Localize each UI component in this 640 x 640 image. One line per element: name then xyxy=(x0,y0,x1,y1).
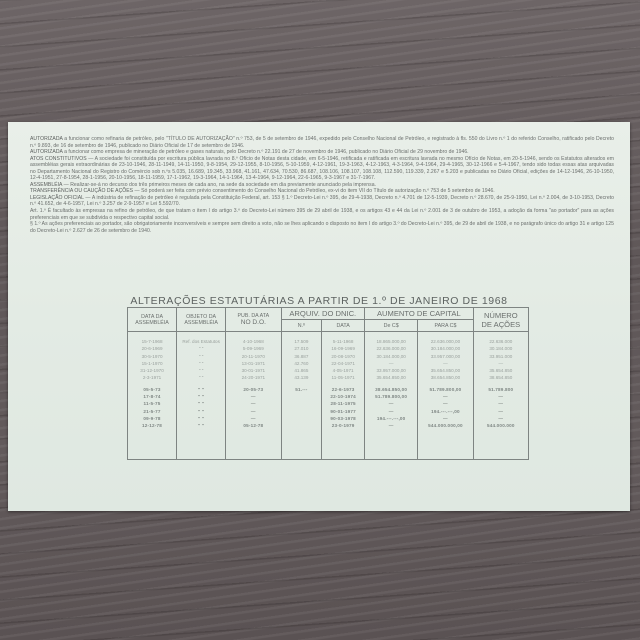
table-cell: 09-9-78 xyxy=(128,415,176,422)
legal-paragraph-text: — A indústria de refinação de petróleo é… xyxy=(30,195,614,208)
cells-pub: 4-10-19685-09-196920-11-197013-01-197130… xyxy=(226,332,281,460)
table-cell xyxy=(282,400,322,407)
table-cell: 36.887 xyxy=(282,353,322,360)
table-cell: — xyxy=(474,360,528,367)
table-cell: 30.184.000 xyxy=(474,345,528,352)
table-cell: 51.789.800,00 xyxy=(365,393,417,400)
table-cell: " " xyxy=(177,393,225,400)
col-aumento-de: De C$ xyxy=(365,320,418,332)
table-cell xyxy=(282,415,322,422)
table-cell: 22.636.000,00 xyxy=(365,345,417,352)
legal-paragraph-text: § 1.º As ações preferenciais ao portador… xyxy=(30,221,614,234)
table-cell: 20-11-1970 xyxy=(226,353,280,360)
stamped-entries: 51.789.800————544.000.000 xyxy=(474,382,528,430)
col-arquiv-data: DATA xyxy=(322,320,365,332)
table-cell: 28-11-1975 xyxy=(322,400,364,407)
table-cell: — xyxy=(474,393,528,400)
legal-paragraph-text: — A sociedade foi constituída por escrit… xyxy=(30,156,614,182)
table-cell: 33.957.000,00 xyxy=(365,367,417,374)
table-cell: 4-10-1968 xyxy=(226,338,280,345)
table-cell: 27.010 xyxy=(282,345,322,352)
table-cell: 22.636.000 xyxy=(474,338,528,345)
table-cell: 20-6-1969 xyxy=(128,345,176,352)
table-cell: — xyxy=(474,408,528,415)
legal-paragraph-text: — Só poderá ser feita com prévio consent… xyxy=(135,188,495,194)
legal-paragraph-text: a funcionar como refinaria de petróleo, … xyxy=(30,136,614,149)
table-cell: 5-09-1969 xyxy=(226,345,280,352)
table-cell: 18.865.000,00 xyxy=(365,338,417,345)
table-cell: 194.---.---,00 xyxy=(365,415,417,422)
table-cell: " " xyxy=(177,367,225,374)
table-cell: 90-03-1978 xyxy=(322,415,364,422)
col-group-aumento: AUMENTO DE CAPITAL xyxy=(365,308,474,320)
legal-paragraph-keyword: AUTORIZADA xyxy=(30,149,64,155)
table-cell: — xyxy=(365,422,417,429)
legal-paragraph-keyword: ATOS CONSTITUTIVOS xyxy=(30,156,88,162)
col-data-assembleia: DATA DA ASSEMBLÉIA xyxy=(128,308,177,332)
table-cell: 38.654.850 xyxy=(474,374,528,381)
cells-objeto: Ref. dos Estatutos" "" "" "" "" "" "" ""… xyxy=(177,332,226,460)
legal-paragraph-text: Art. 1.º É facultado às empresas na refi… xyxy=(30,208,614,221)
cells-data: 15-7-196820-6-196930-5-197015-1-197031-1… xyxy=(128,332,177,460)
table-cell: 30.184.000,00 xyxy=(365,353,417,360)
legal-paragraph-keyword: ASSEMBLÉIA xyxy=(30,182,64,188)
cells-de: 18.865.000,0022.636.000,0030.184.000,00—… xyxy=(365,332,418,460)
col-numero-acoes: NÚMERO DE AÇÕES xyxy=(473,308,528,332)
table-cell: 33.951.000 xyxy=(474,353,528,360)
table-cell: " " xyxy=(177,360,225,367)
table-cell: — xyxy=(418,393,472,400)
table-cell: 544.000.000,00 xyxy=(418,422,472,429)
table-cell: 30-01-1971 xyxy=(226,367,280,374)
table-cell: 11-5-75 xyxy=(128,400,176,407)
table-cell xyxy=(282,393,322,400)
table-cell: 41.865 xyxy=(282,367,322,374)
col-objeto-assembleia: OBJETO DA ASSEMBLÉIA xyxy=(177,308,226,332)
cells-arq-data: 5-11-196816-09-196920-08-197022-04-19714… xyxy=(322,332,365,460)
table-cell: 33.957.000,00 xyxy=(418,353,472,360)
legal-paragraph-keyword: AUTORIZADA xyxy=(30,136,64,142)
table-cell: 30.184.000,00 xyxy=(418,345,472,352)
stamped-entries: 22-6-197322-10-197428-11-197590-01-19779… xyxy=(322,382,364,430)
table-cell: 43.139 xyxy=(282,374,322,381)
table-cell: " " xyxy=(177,422,225,429)
legal-paragraph: LEGISLAÇÃO OFICIAL — A indústria de refi… xyxy=(30,195,614,208)
statutory-changes-table: DATA DA ASSEMBLÉIA OBJETO DA ASSEMBLÉIA … xyxy=(127,307,529,460)
cells-para: 22.636.000,0030.184.000,0033.957.000,00—… xyxy=(418,332,473,460)
stamped-entries: 51.789.800,00——194.---.---,00—544.000.00… xyxy=(418,382,472,430)
table-cell: 51.789.800 xyxy=(474,386,528,393)
table-cell: — xyxy=(226,415,280,422)
table-cell: — xyxy=(474,415,528,422)
table-cell: " " xyxy=(177,345,225,352)
stamped-entries: 51.--- xyxy=(282,382,322,430)
table-cell: 22-04-1971 xyxy=(322,360,364,367)
stamped-entries: " "" "" "" "" "" " xyxy=(177,382,225,430)
table-cell xyxy=(282,408,322,415)
table-cell: " " xyxy=(177,415,225,422)
table-cell: 11-05-1971 xyxy=(322,374,364,381)
table-cell: — xyxy=(418,400,472,407)
table-cell: 20-08-1970 xyxy=(322,353,364,360)
table-cell: 23-0-1979 xyxy=(322,422,364,429)
table-cell: " " xyxy=(177,353,225,360)
legal-paragraph-text: — Realizar-se-á no decurso dos três prim… xyxy=(64,182,376,188)
table-cell: — xyxy=(365,360,417,367)
table-cell: 20-05-73 xyxy=(226,386,280,393)
table-cell: 15-1-1970 xyxy=(128,360,176,367)
table-cell: 30-5-1970 xyxy=(128,353,176,360)
legal-paragraph: § 1.º As ações preferenciais ao portador… xyxy=(30,221,614,234)
table-cell: 90-01-1977 xyxy=(322,408,364,415)
table-cell: 21-5-77 xyxy=(128,408,176,415)
legal-text-block: AUTORIZADA a funcionar como refinaria de… xyxy=(30,136,614,234)
table-cell: — xyxy=(226,408,280,415)
legal-paragraph-text: a funcionar como empresa de mineração de… xyxy=(64,149,469,155)
col-arquiv-numero: N.º xyxy=(281,320,322,332)
table-cell: 38.654.850,00 xyxy=(418,374,472,381)
table-body-row: 15-7-196820-6-196930-5-197015-1-197031-1… xyxy=(128,332,529,460)
table-cell: 24-20-1971 xyxy=(226,374,280,381)
table-cell: 4-05-1971 xyxy=(322,367,364,374)
table-cell: 5-11-1968 xyxy=(322,338,364,345)
table-cell: 35.654.850,00 xyxy=(418,367,472,374)
table-cell: 13-01-1971 xyxy=(226,360,280,367)
legal-paragraph-keyword: LEGISLAÇÃO OFICIAL xyxy=(30,195,85,201)
cells-acoes: 22.636.00030.184.00033.951.000—35.654.85… xyxy=(473,332,528,460)
legal-paragraph: AUTORIZADA a funcionar como refinaria de… xyxy=(30,136,614,149)
table-cell: 31-12-1970 xyxy=(128,367,176,374)
table-cell: 544.000.000 xyxy=(474,422,528,429)
table-cell: 15-7-1968 xyxy=(128,338,176,345)
table-cell: 22-6-1973 xyxy=(322,386,364,393)
table-cell: 35.654.850,00 xyxy=(365,374,417,381)
table-cell: 194.---.---,00 xyxy=(418,408,472,415)
stamped-entries: 38.654.850,0051.789.800,00——194.---.---,… xyxy=(365,382,417,430)
table-cell: 51.--- xyxy=(282,386,322,393)
table-cell: 17-8-74 xyxy=(128,393,176,400)
table-cell: — xyxy=(365,400,417,407)
legal-paragraph-keyword: TRANSFERÊNCIA OU CAUÇÃO DE AÇÕES xyxy=(30,188,135,194)
table-cell: " " xyxy=(177,408,225,415)
table-cell: " " xyxy=(177,374,225,381)
table-cell: — xyxy=(365,408,417,415)
table-cell: — xyxy=(474,400,528,407)
table-cell: 42.760 xyxy=(282,360,322,367)
table-cell: 12-12-78 xyxy=(128,422,176,429)
certificate-back-page: AUTORIZADA a funcionar como refinaria de… xyxy=(8,122,630,511)
legal-paragraph: Art. 1.º É facultado às empresas na refi… xyxy=(30,208,614,221)
table-cell: — xyxy=(226,400,280,407)
table-cell: " " xyxy=(177,386,225,393)
table-cell: 51.789.800,00 xyxy=(418,386,472,393)
table-cell: " " xyxy=(177,400,225,407)
col-aumento-para: PARA C$ xyxy=(418,320,473,332)
table-cell xyxy=(282,422,322,429)
table-cell: 22.636.000,00 xyxy=(418,338,472,345)
table-cell: 17.509 xyxy=(282,338,322,345)
stamped-entries: 05-5-7317-8-7411-5-7521-5-7709-9-7812-12… xyxy=(128,382,176,430)
table-cell: 16-09-1969 xyxy=(322,345,364,352)
table-cell: 05-5-73 xyxy=(128,386,176,393)
legal-paragraph: ATOS CONSTITUTIVOS — A sociedade foi con… xyxy=(30,156,614,182)
table-cell: 2-3-1971 xyxy=(128,374,176,381)
table-title: ALTERAÇÕES ESTATUTÁRIAS A PARTIR DE 1.º … xyxy=(8,295,630,307)
table-cell: 22-10-1974 xyxy=(322,393,364,400)
table-cell: 35.654.850 xyxy=(474,367,528,374)
stamped-entries: 20-05-73————05-12-78 xyxy=(226,382,280,430)
col-group-arquiv: ARQUIV. DO DNIC. xyxy=(281,308,365,320)
col-pub-ata: PUB. DA ATA NO D.O. xyxy=(226,308,281,332)
table-cell: 05-12-78 xyxy=(226,422,280,429)
table-cell: — xyxy=(418,360,472,367)
cells-numero: 17.50927.01036.88742.76041.86543.13951.-… xyxy=(281,332,322,460)
table-cell: — xyxy=(418,415,472,422)
table-cell: 38.654.850,00 xyxy=(365,386,417,393)
table-cell: — xyxy=(226,393,280,400)
table-cell: Ref. dos Estatutos xyxy=(177,338,225,345)
